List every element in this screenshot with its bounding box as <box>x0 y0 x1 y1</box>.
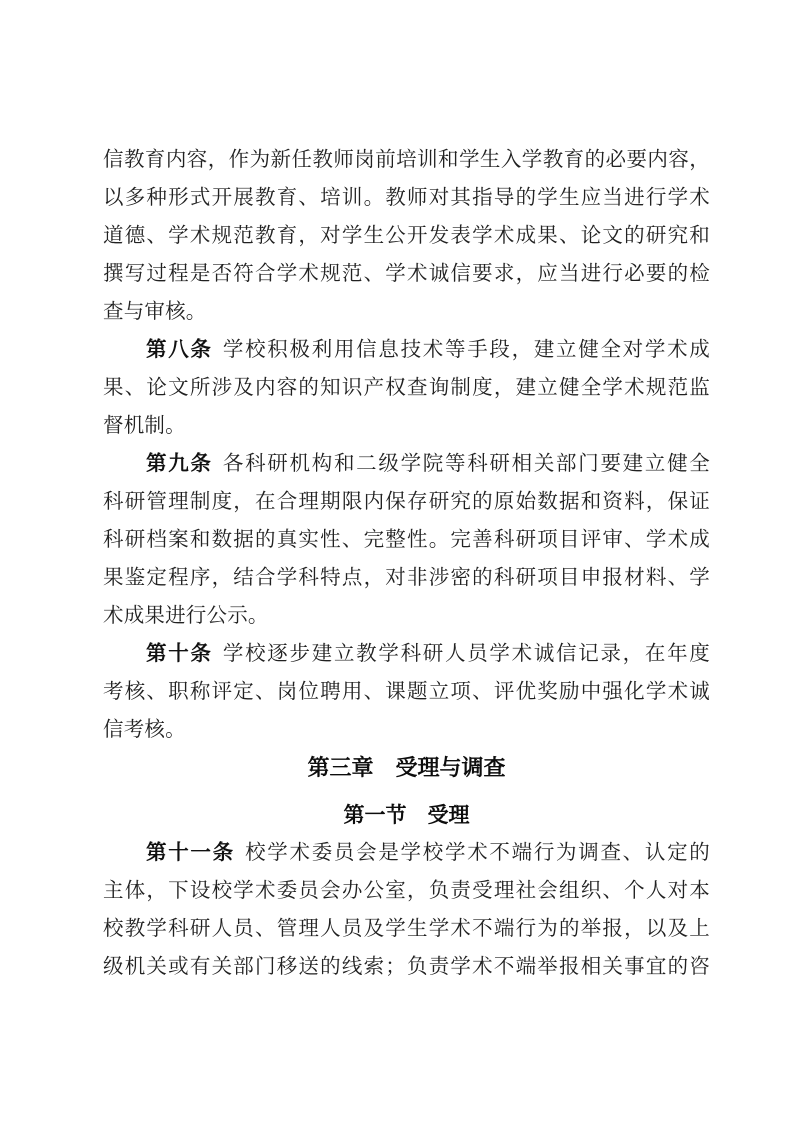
line-text: 校教学科研人员、管理人员及学生学术不端行为的举报，以及上 <box>103 918 710 940</box>
body-line: 撰写过程是否符合学术规范、学术诚信要求，应当进行必要的检 <box>103 255 710 293</box>
body-line: 级机关或有关部门移送的线索；负责学术不端举报相关事宜的咨 <box>103 948 710 986</box>
body-line: 道德、学术规范教育，对学生公开发表学术成果、论文的研究和 <box>103 217 710 255</box>
body-line: 果鉴定程序，结合学科特点，对非涉密的科研项目申报材料、学 <box>103 559 710 597</box>
line-text: 科研档案和数据的真实性、完整性。完善科研项目评审、学术成 <box>103 529 710 551</box>
body-line: 督机制。 <box>103 407 710 445</box>
body-line: 第八条学校积极利用信息技术等手段，建立健全对学术成 <box>103 331 710 369</box>
paragraph: 第十一条校学术委员会是学校学术不端行为调查、认定的主体，下设校学术委员会办公室，… <box>103 834 710 986</box>
line-text: 信考核。 <box>103 719 186 741</box>
line-text: 学校积极利用信息技术等手段，建立健全对学术成 <box>223 339 710 361</box>
line-text: 校学术委员会是学校学术不端行为调查、认定的 <box>245 842 710 864</box>
body-line: 术成果进行公示。 <box>103 597 710 635</box>
section-heading: 第一节 受理 <box>103 796 710 834</box>
line-text: 果鉴定程序，结合学科特点，对非涉密的科研项目申报材料、学 <box>103 567 710 589</box>
body-line: 信考核。 <box>103 711 710 749</box>
body-line: 主体，下设校学术委员会办公室，负责受理社会组织、个人对本 <box>103 872 710 910</box>
line-text: 术成果进行公示。 <box>103 605 269 627</box>
body-line: 信教育内容，作为新任教师岗前培训和学生入学教育的必要内容， <box>103 141 710 179</box>
article-number: 第十一条 <box>146 842 235 864</box>
document-body: 信教育内容，作为新任教师岗前培训和学生入学教育的必要内容，以多种形式开展教育、培… <box>103 141 710 986</box>
body-line: 以多种形式开展教育、培训。教师对其指导的学生应当进行学术 <box>103 179 710 217</box>
paragraph: 第十条学校逐步建立教学科研人员学术诚信记录，在年度考核、职称评定、岗位聘用、课题… <box>103 635 710 749</box>
line-text: 撰写过程是否符合学术规范、学术诚信要求，应当进行必要的检 <box>103 263 710 285</box>
line-text: 以多种形式开展教育、培训。教师对其指导的学生应当进行学术 <box>103 187 710 209</box>
body-line: 第十条学校逐步建立教学科研人员学术诚信记录，在年度 <box>103 635 710 673</box>
line-text: 主体，下设校学术委员会办公室，负责受理社会组织、个人对本 <box>103 880 710 902</box>
body-line: 考核、职称评定、岗位聘用、课题立项、评优奖励中强化学术诚 <box>103 673 710 711</box>
body-line: 查与审核。 <box>103 293 710 331</box>
line-text: 学校逐步建立教学科研人员学术诚信记录，在年度 <box>223 643 710 665</box>
line-text: 级机关或有关部门移送的线索；负责学术不端举报相关事宜的咨 <box>103 956 710 978</box>
line-text: 科研管理制度，在合理期限内保存研究的原始数据和资料，保证 <box>103 491 710 513</box>
body-line: 第九条各科研机构和二级学院等科研相关部门要建立健全 <box>103 445 710 483</box>
line-text: 查与审核。 <box>103 301 207 323</box>
paragraph: 第八条学校积极利用信息技术等手段，建立健全对学术成果、论文所涉及内容的知识产权查… <box>103 331 710 445</box>
body-line: 科研管理制度，在合理期限内保存研究的原始数据和资料，保证 <box>103 483 710 521</box>
paragraph: 第九条各科研机构和二级学院等科研相关部门要建立健全科研管理制度，在合理期限内保存… <box>103 445 710 635</box>
article-number: 第九条 <box>146 453 213 475</box>
body-line: 校教学科研人员、管理人员及学生学术不端行为的举报，以及上 <box>103 910 710 948</box>
line-text: 考核、职称评定、岗位聘用、课题立项、评优奖励中强化学术诚 <box>103 681 710 703</box>
article-number: 第十条 <box>146 643 213 665</box>
body-line: 第十一条校学术委员会是学校学术不端行为调查、认定的 <box>103 834 710 872</box>
paragraph: 信教育内容，作为新任教师岗前培训和学生入学教育的必要内容，以多种形式开展教育、培… <box>103 141 710 331</box>
article-number: 第八条 <box>146 339 213 361</box>
body-line: 果、论文所涉及内容的知识产权查询制度，建立健全学术规范监 <box>103 369 710 407</box>
line-text: 果、论文所涉及内容的知识产权查询制度，建立健全学术规范监 <box>103 377 710 399</box>
document-page: 信教育内容，作为新任教师岗前培训和学生入学教育的必要内容，以多种形式开展教育、培… <box>0 0 793 1122</box>
body-line: 科研档案和数据的真实性、完整性。完善科研项目评审、学术成 <box>103 521 710 559</box>
line-text: 督机制。 <box>103 415 186 437</box>
chapter-heading: 第三章 受理与调查 <box>103 749 710 787</box>
line-text: 各科研机构和二级学院等科研相关部门要建立健全 <box>223 453 710 475</box>
line-text: 道德、学术规范教育，对学生公开发表学术成果、论文的研究和 <box>103 225 710 247</box>
line-text: 信教育内容，作为新任教师岗前培训和学生入学教育的必要内容， <box>103 149 710 171</box>
